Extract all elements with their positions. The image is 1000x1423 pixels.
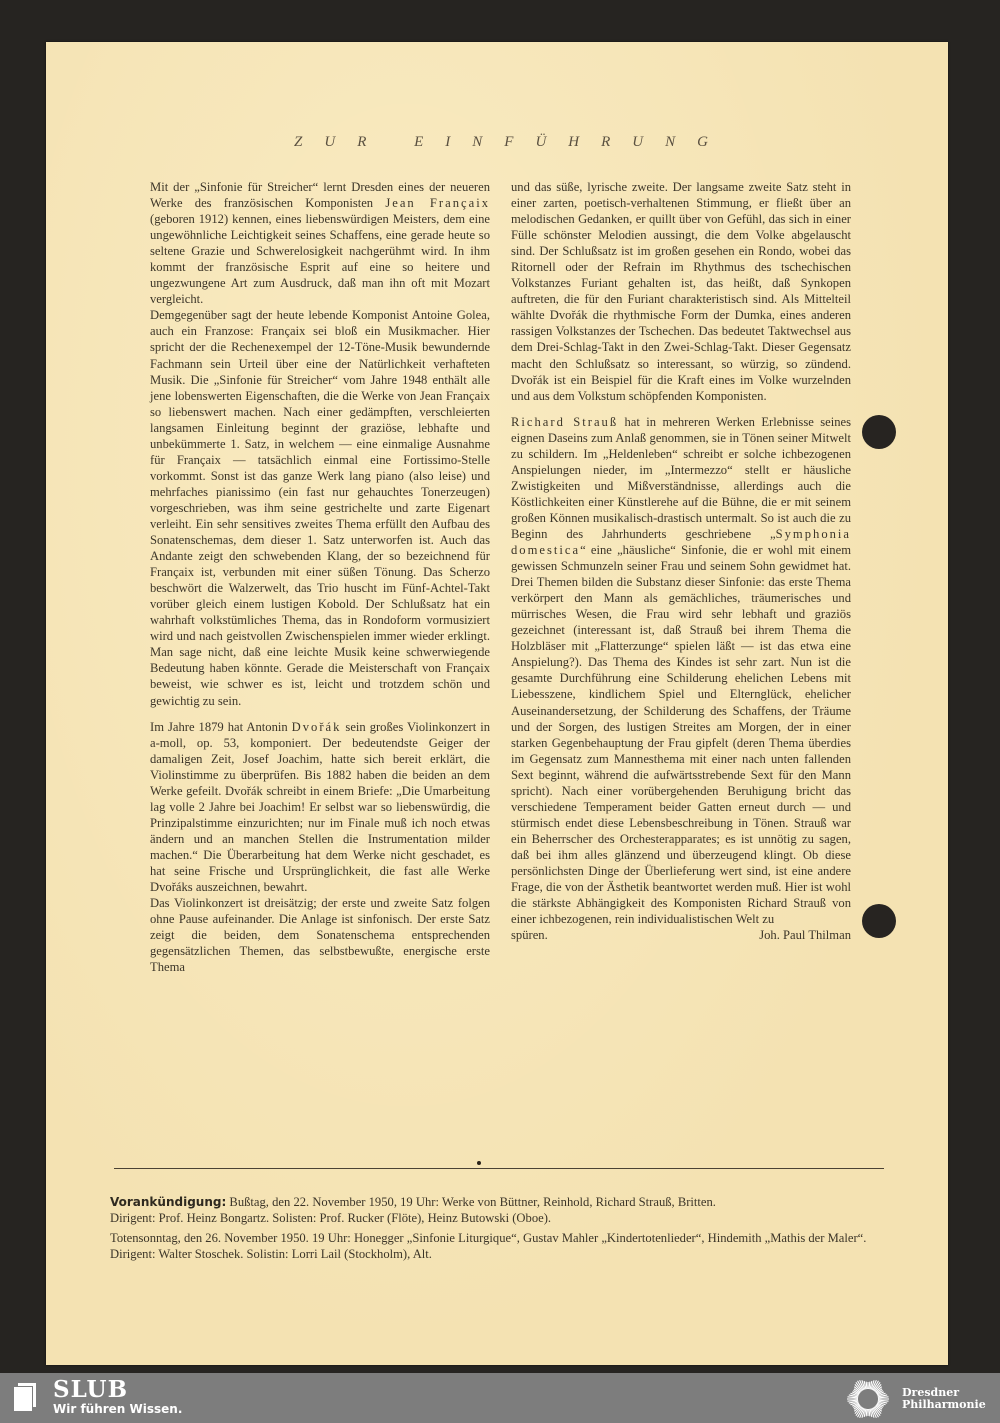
paragraph: Das Violinkonzert ist dreisätzig; der er… xyxy=(150,895,490,975)
philharmonie-line-2: Philharmonie xyxy=(902,1399,986,1411)
paragraph-text: hat in mehreren Werken Erlebnisse seines… xyxy=(511,415,851,541)
slub-name: SLUB xyxy=(53,1378,182,1402)
closing-word: spüren. xyxy=(511,927,548,943)
paragraph-text: Das Violinkonzert ist dreisätzig; der er… xyxy=(150,896,490,974)
slub-logo[interactable]: SLUB Wir führen Wissen. xyxy=(14,1378,182,1417)
signature-line: spüren. Joh. Paul Thilman xyxy=(511,927,851,943)
announcement-event-2: Totensonntag, den 26. November 1950. 19 … xyxy=(110,1230,890,1262)
book-icon xyxy=(14,1381,44,1411)
punch-hole-upper xyxy=(862,415,896,449)
paragraph-text: (geboren 1912) kennen, eines liebenswürd… xyxy=(150,212,490,306)
left-text-column: Mit der „Sinfonie für Streicher“ lernt D… xyxy=(150,179,490,975)
announcement-label: Vorankündigung: xyxy=(110,1195,226,1209)
paragraph: Richard Strauß hat in mehreren Werken Er… xyxy=(511,414,851,928)
sunburst-icon xyxy=(842,1377,894,1421)
paragraph: und das süße, lyrische zweite. Der langs… xyxy=(511,179,851,404)
footer-bar: SLUB Wir führen Wissen. Dresdner Philhar… xyxy=(0,1373,1000,1423)
paragraph-text: Im Jahre 1879 hat Antonin xyxy=(150,720,292,734)
paragraph: Mit der „Sinfonie für Streicher“ lernt D… xyxy=(150,179,490,307)
section-divider xyxy=(114,1168,884,1169)
philharmonie-logo[interactable]: Dresdner Philharmonie xyxy=(842,1377,986,1421)
event-1-line-1: Bußtag, den 22. November 1950, 19 Uhr: W… xyxy=(226,1195,716,1209)
emphasized-name: Jean Françaix xyxy=(385,196,490,210)
document-page: ZUR EINFÜHRUNG Mit der „Sinfonie für Str… xyxy=(46,42,948,1365)
event-1-line-2: Dirigent: Prof. Heinz Bongartz. Solisten… xyxy=(110,1211,551,1225)
right-column-body: und das süße, lyrische zweite. Der langs… xyxy=(511,179,851,927)
announcement-block: Vorankündigung: Bußtag, den 22. November… xyxy=(110,1194,890,1266)
punch-hole-lower xyxy=(862,904,896,938)
emphasized-name: Dvořák xyxy=(292,720,342,734)
paragraph: Demgegenüber sagt der heute lebende Komp… xyxy=(150,307,490,708)
paragraph-text: Demgegenüber sagt der heute lebende Komp… xyxy=(150,308,490,707)
paragraph: Im Jahre 1879 hat Antonin Dvořák sein gr… xyxy=(150,719,490,896)
slub-tagline: Wir führen Wissen. xyxy=(53,1402,182,1417)
author-signature: Joh. Paul Thilman xyxy=(759,927,851,943)
emphasized-name: Richard Strauß xyxy=(511,415,618,429)
paragraph-text: “ eine „häusliche“ Sinfonie, die er wohl… xyxy=(511,543,851,926)
paragraph-text: und das süße, lyrische zweite. Der langs… xyxy=(511,180,851,403)
announcement-event-1: Vorankündigung: Bußtag, den 22. November… xyxy=(110,1194,890,1226)
divider-ornament xyxy=(477,1161,481,1165)
paragraph-text: sein großes Violinkonzert in a-moll, op.… xyxy=(150,720,490,894)
right-text-column: und das süße, lyrische zweite. Der langs… xyxy=(511,179,851,943)
page-heading: ZUR EINFÜHRUNG xyxy=(46,134,948,151)
